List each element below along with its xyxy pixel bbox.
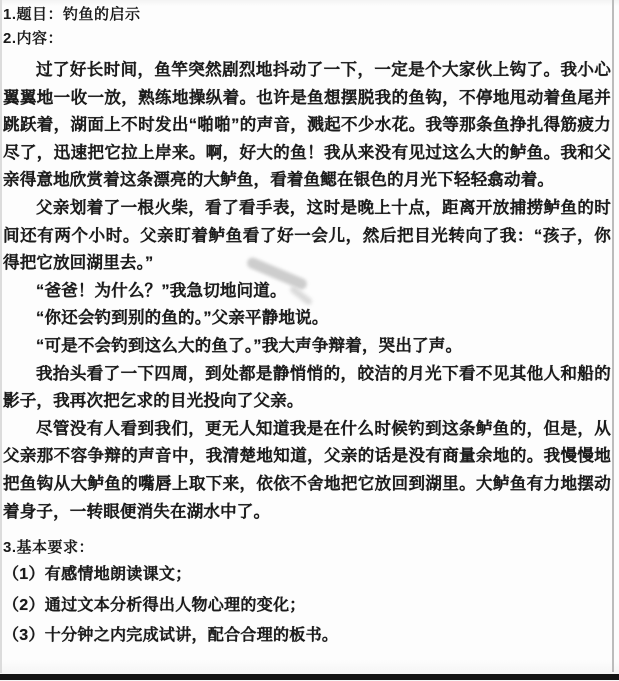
requirement-item-1: （1）有感情地朗读课文； [3,560,611,591]
requirement-item-2: （2）通过文本分析得出人物心理的变化； [3,591,611,622]
page-right-edge-line [612,0,614,672]
page-bottom-bar [0,674,619,680]
page-left-edge-line [0,0,2,673]
question-title: 1.题目：钓鱼的启示 [3,3,611,27]
exam-card-page: 1.题目：钓鱼的启示 2.内容： 过了好长时间，鱼竿突然剧烈地抖动了一下，一定是… [0,0,619,681]
story-paragraph-6: 我抬头看了一下四周，到处都是静悄悄的，皎洁的月光下看不见其他人和船的影子，我再次… [3,361,611,416]
story-paragraph-4: “你还会钓到别的鱼的。”父亲平静地说。 [3,305,611,333]
story-paragraph-7: 尽管没有人看到我们，更无人知道我是在什么时候钓到这条鲈鱼的，但是，从父亲那不容争… [3,416,611,526]
exam-card-content: 1.题目：钓鱼的启示 2.内容： 过了好长时间，鱼竿突然剧烈地抖动了一下，一定是… [0,0,619,652]
requirements-heading: 3.基本要求： [3,536,611,560]
content-heading: 2.内容： [3,27,611,51]
story-paragraph-5: “可是不会钓到这么大的鱼了。”我大声争辩着，哭出了声。 [3,333,611,361]
story-paragraph-2: 父亲划着了一根火柴，看了看手表，这时是晚上十点，距离开放捕捞鲈鱼的时间还有两个小… [3,195,611,278]
story-paragraph-3: “爸爸！为什么？”我急切地问道。 [3,278,611,306]
requirement-item-3: （3）十分钟之内完成试讲，配合合理的板书。 [3,621,611,652]
story-paragraph-1: 过了好长时间，鱼竿突然剧烈地抖动了一下，一定是个大家伙上钩了。我小心翼翼地一收一… [3,57,611,195]
